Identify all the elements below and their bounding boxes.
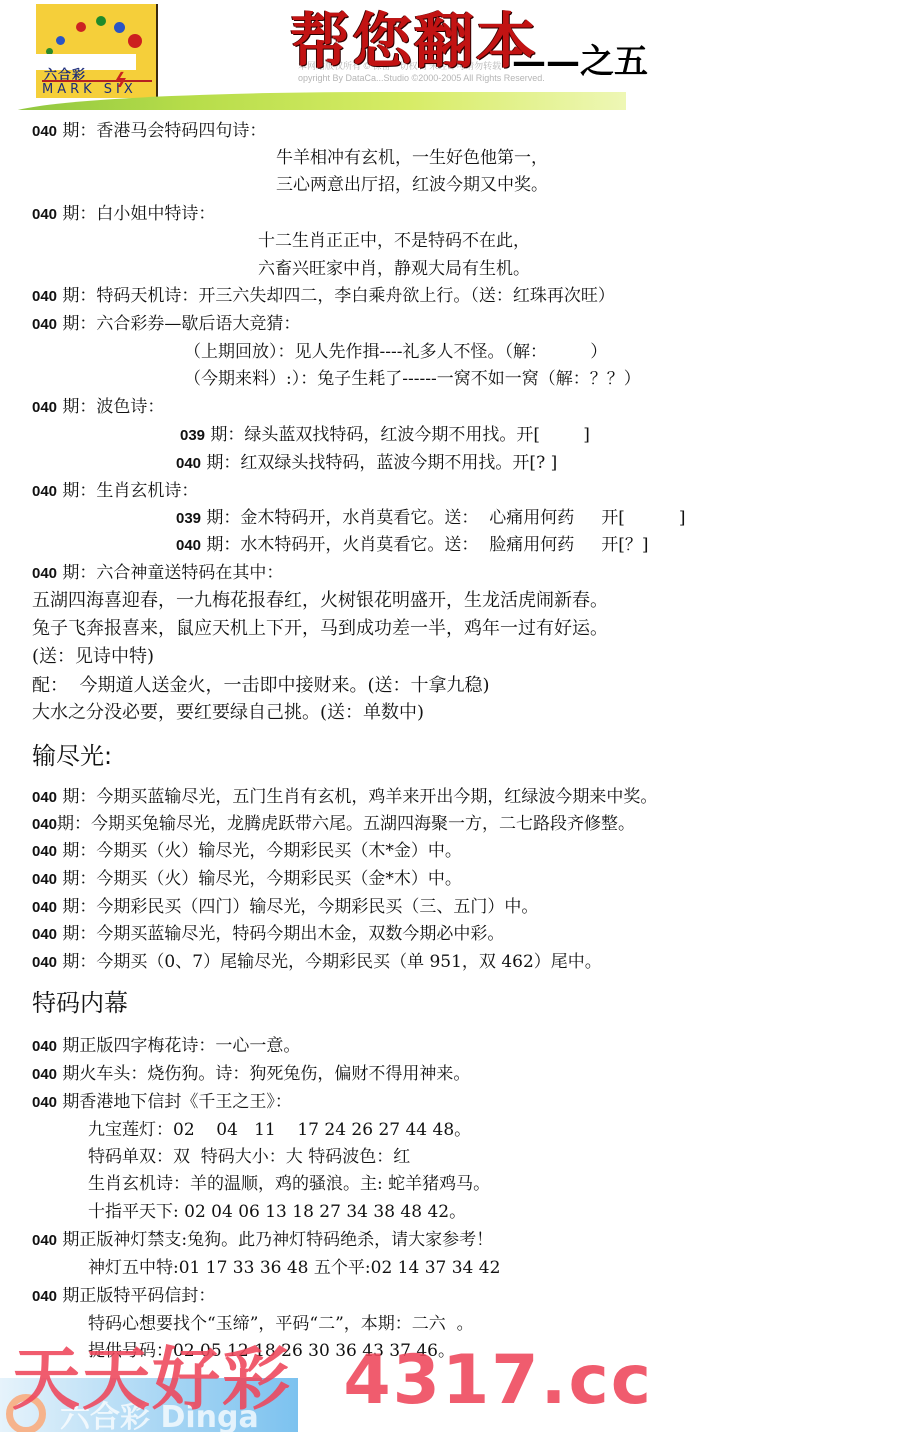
item-text: 期：今期买（0、7）尾输尽光，今期彩民买（单 951，双 462）尾中。 [57,952,602,972]
detail-line: 神灯五中特:01 17 33 36 48 五个平:02 14 37 34 42 [88,1257,500,1279]
header-banner: 六合彩 MARK SIX ϟ 本网站版权所有 © 保留一切权利 未经许可请勿转载… [0,0,910,118]
issue-number: 040 [32,1066,57,1083]
poem-line: 配： 今期道人送金火，一击即中接财来。(送：十拿九稳) [32,675,490,697]
poem-line: 大水之分没必要，要红要绿自己挑。(送：单数中) [32,702,424,724]
detail-line: 九宝莲灯：02 04 11 17 24 26 27 44 48。 [88,1119,471,1141]
riddle-line: （今期来料）:）：兔子生耗了------一窝不如一窝（解：？？） [184,368,641,390]
issue-number: 040 [32,843,57,860]
list-item: 040 期：今期买蓝输尽光，特码今期出木金，双数今期必中彩。 [32,923,504,946]
page-title: 帮您翻本 [290,2,538,82]
logo-ball-icon [56,36,65,45]
list-item: 040 期火车头：烧伤狗。诗：狗死兔伤，偏财不得用神来。 [32,1063,470,1086]
issue-number: 040 [32,483,57,500]
issue-number: 040 [32,1038,57,1055]
item-text: 期：红双绿头找特码，蓝波今期不用找。开[? ] [201,453,557,473]
item-text: 期：绿头蓝双找特码，红波今期不用找。开[ ] [205,425,590,445]
item-text: 期：今期买蓝输尽光，五门生肖有玄机，鸡羊来开出今期，红绿波今期来中奖。 [57,787,657,807]
list-item: 040 期：今期买（火）输尽光，今期彩民买（木*金）中。 [32,840,462,863]
hint-line: (送：见诗中特) [32,646,154,668]
item-text: 期：今期买蓝输尽光，特码今期出木金，双数今期必中彩。 [57,924,504,944]
issue-number: 040 [32,399,57,416]
item-text: 期：生肖玄机诗： [57,481,198,501]
item-text: 期：今期买兔输尽光，龙腾虎跃带六尾。五湖四海聚一方，二七路段齐修整。 [57,814,635,834]
list-item: 040 期：白小姐中特诗： [32,203,215,226]
section-title: 输尽光: [32,741,112,771]
detail-line: 生肖玄机诗：羊的温顺，鸡的骚浪。主: 蛇羊猪鸡马。 [88,1173,490,1195]
issue-number: 039 [176,510,201,527]
issue-number: 040 [32,871,57,888]
item-text: 期：六合彩券—歇后语大竞猜： [57,314,300,334]
item-text: 期：今期买（火）输尽光，今期彩民买（金*木）中。 [57,869,462,889]
item-text: 期：六合神童送特码在其中： [57,563,283,583]
logo-ball-icon [76,22,86,32]
list-item: 039 期：绿头蓝双找特码，红波今期不用找。开[ ] [180,424,590,447]
item-text: 期正版四字梅花诗：一心一意。 [57,1036,300,1056]
list-item: 039 期：金木特码开，水肖莫看它。送： 心痛用何药 开[ ] [176,507,686,530]
poem-line: 五湖四海喜迎春，一九梅花报春红，火树银花明盛开，生龙活虎闹新春。 [32,590,608,612]
logo-ball-icon [128,34,142,48]
item-text: 期：金木特码开，水肖莫看它。送： 心痛用何药 开[ ] [201,508,686,528]
item-text: 期：白小姐中特诗： [57,204,215,224]
poem-line: 三心两意出厅招，红波今期又中奖。 [276,174,548,196]
issue-number: 040 [176,537,201,554]
issue-number: 040 [32,789,57,806]
list-item: 040 期：香港马会特码四句诗： [32,120,266,143]
list-item: 040 期：波色诗： [32,396,164,419]
list-item: 040 期：今期买（火）输尽光，今期彩民买（金*木）中。 [32,868,462,891]
item-text: 期：水木特码开，火肖莫看它。送： 脸痛用何药 开[？] [201,535,649,555]
logo-ball-icon [96,16,106,26]
detail-line: 十指平天下: 02 04 06 13 18 27 34 38 48 42。 [88,1201,466,1223]
list-item: 040 期香港地下信封《千王之王》： [32,1091,292,1114]
issue-number: 040 [32,288,57,305]
issue-number: 040 [32,565,57,582]
list-item: 040 期正版神灯禁支:兔狗。此乃神灯特码绝杀，请大家参考！ [32,1229,493,1252]
list-item: 040 期：生肖玄机诗： [32,480,198,503]
list-item: 040期：今期买兔输尽光，龙腾虎跃带六尾。五湖四海聚一方，二七路段齐修整。 [32,813,635,836]
page-subtitle: ——之五 [512,42,648,82]
list-item: 040 期：水木特码开，火肖莫看它。送： 脸痛用何药 开[？] [176,534,649,557]
list-item: 040 期：六合彩券—歇后语大竞猜： [32,313,300,336]
issue-number: 040 [32,1232,57,1249]
detail-line: 特码心想要找个“玉缔”，平码“二”，本期：二六 。 [88,1313,474,1335]
issue-number: 040 [32,1288,57,1305]
section-title: 特码内幕 [32,988,128,1018]
item-text: 期正版特平码信封： [57,1286,215,1306]
issue-number: 040 [32,899,57,916]
watermark-text: 天天好彩 4317.cc [12,1336,653,1426]
item-text: 期：今期彩民买（四门）输尽光，今期彩民买（三、五门）中。 [57,897,538,917]
item-text: 期：今期买（火）输尽光，今期彩民买（木*金）中。 [57,841,462,861]
item-text: 期：特码天机诗：开三六失却四二，李白乘舟欲上行。（送：红珠再次旺） [57,286,615,306]
issue-number: 040 [32,316,57,333]
list-item: 040 期正版四字梅花诗：一心一意。 [32,1035,300,1058]
item-text: 期：香港马会特码四句诗： [57,121,266,141]
issue-number: 040 [32,926,57,943]
item-text: 期香港地下信封《千王之王》： [57,1092,292,1112]
issue-number: 040 [32,954,57,971]
issue-number: 040 [32,816,57,833]
item-text: 期火车头：烧伤狗。诗：狗死兔伤，偏财不得用神来。 [57,1064,470,1084]
list-item: 040 期：今期买蓝输尽光，五门生肖有玄机，鸡羊来开出今期，红绿波今期来中奖。 [32,786,657,809]
issue-number: 040 [32,1094,57,1111]
mark-six-logo: 六合彩 MARK SIX ϟ [36,4,158,98]
issue-number: 040 [176,455,201,472]
item-text: 期正版神灯禁支:兔狗。此乃神灯特码绝杀，请大家参考！ [57,1230,493,1250]
poem-line: 十二生肖正正中，不是特码不在此， [258,230,530,252]
list-item: 040 期：今期买（0、7）尾输尽光，今期彩民买（单 951，双 462）尾中。 [32,951,602,974]
list-item: 040 期：红双绿头找特码，蓝波今期不用找。开[? ] [176,452,557,475]
item-text: 期：波色诗： [57,397,164,417]
issue-number: 040 [32,123,57,140]
list-item: 040 期：六合神童送特码在其中： [32,562,283,585]
list-item: 040 期：今期彩民买（四门）输尽光，今期彩民买（三、五门）中。 [32,896,538,919]
poem-line: 兔子飞奔报喜来，鼠应天机上下开，马到成功差一半，鸡年一过有好运。 [32,618,608,640]
detail-line: 特码单双：双 特码大小：大 特码波色：红 [88,1146,410,1168]
riddle-line: （上期回放）：见人先作揖----礼多人不怪。（解： ） [184,341,607,363]
swoosh-fade [6,110,626,116]
poem-line: 六畜兴旺家中肖，静观大局有生机。 [258,258,530,280]
list-item: 040 期：特码天机诗：开三六失却四二，李白乘舟欲上行。（送：红珠再次旺） [32,285,615,308]
issue-number: 040 [32,206,57,223]
logo-ball-icon [114,22,125,33]
poem-line: 牛羊相冲有玄机，一生好色他第一， [276,147,548,169]
list-item: 040 期正版特平码信封： [32,1285,215,1308]
issue-number: 039 [180,427,205,444]
